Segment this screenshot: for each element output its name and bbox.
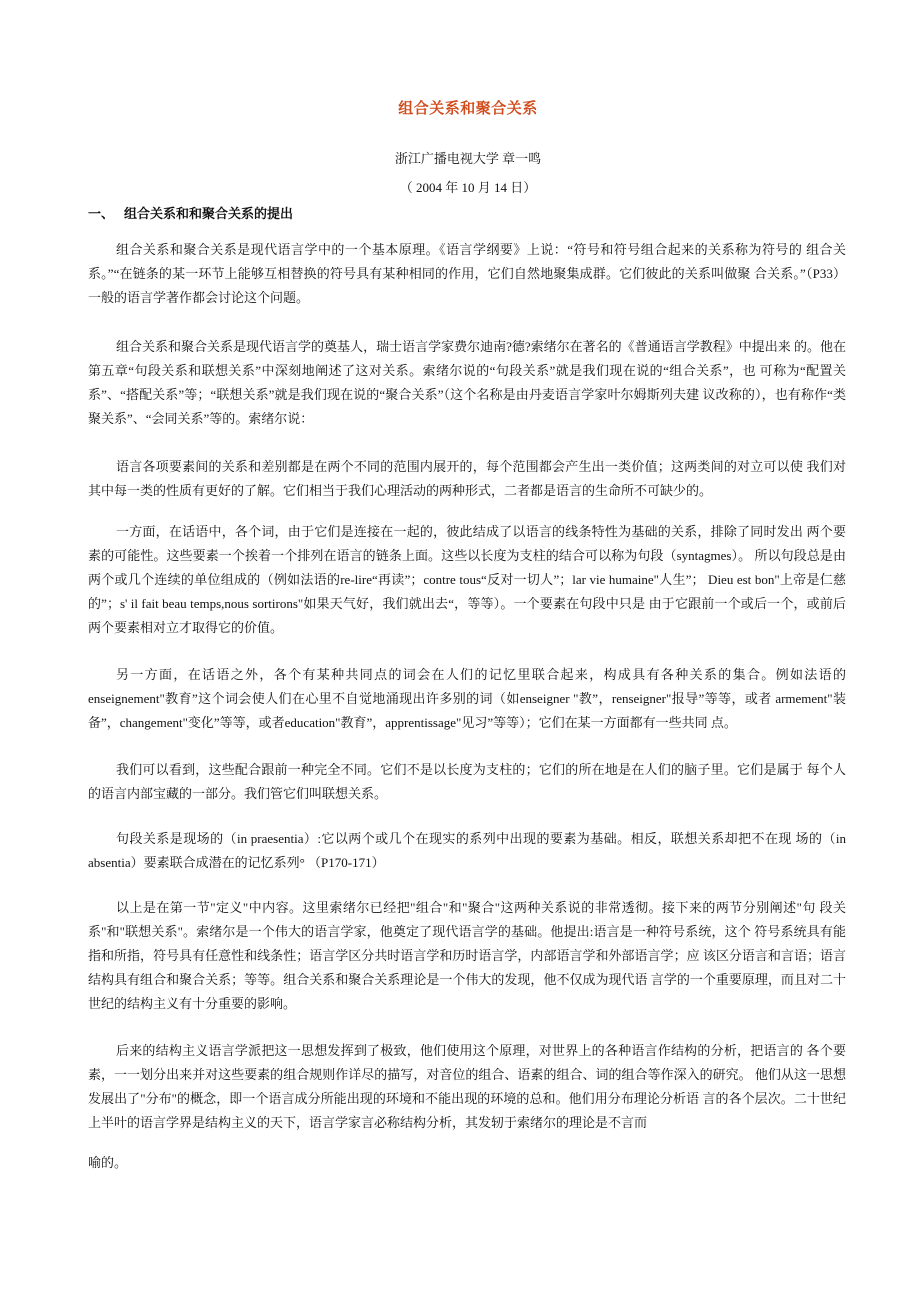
- paragraph-9: 后来的结构主义语言学派把这一思想发挥到了极致，他们使用这个原理，对世界上的各种语…: [88, 1039, 846, 1135]
- paragraph-1: 组合关系和聚合关系是现代语言学中的一个基本原理。《语言学纲要》上说：“符号和符号…: [88, 238, 846, 310]
- section-heading: 一、组合关系和和聚合关系的提出: [88, 203, 293, 222]
- paragraph-5: 另一方面，在话语之外，各个有某种共同点的词会在人们的记忆里联合起来，构成具有各种…: [88, 663, 846, 735]
- document-date: （ 2004 年 10 月 14 日）: [88, 177, 848, 196]
- paragraph-8: 以上是在第一节"定义"中内容。这里索绪尔已经把"组合"和"聚合"这两种关系说的非…: [88, 896, 846, 1016]
- section-heading-text: 组合关系和和聚合关系的提出: [124, 206, 293, 221]
- document-title: 组合关系和聚合关系: [88, 97, 848, 118]
- section-number: 一、: [88, 203, 124, 222]
- paragraph-9-continuation: 喻的。: [88, 1151, 846, 1175]
- document-author: 浙江广播电视大学 章一鸣: [88, 148, 848, 167]
- paragraph-2: 组合关系和聚合关系是现代语言学的奠基人，瑞士语言学家费尔迪南?德?索绪尔在著名的…: [88, 335, 846, 431]
- paragraph-3: 语言各项要素间的关系和差别都是在两个不同的范围内展开的，每个范围都会产生出一类价…: [88, 455, 846, 503]
- paragraph-6: 我们可以看到，这些配合跟前一种完全不同。它们不是以长度为支柱的；它们的所在地是在…: [88, 758, 846, 806]
- paragraph-4: 一方面，在话语中，各个词，由于它们是连接在一起的，彼此结成了以语言的线条特性为基…: [88, 520, 846, 640]
- paragraph-7: 句段关系是现场的（in praesentia）:它以两个或几个在现实的系列中出现…: [88, 827, 846, 875]
